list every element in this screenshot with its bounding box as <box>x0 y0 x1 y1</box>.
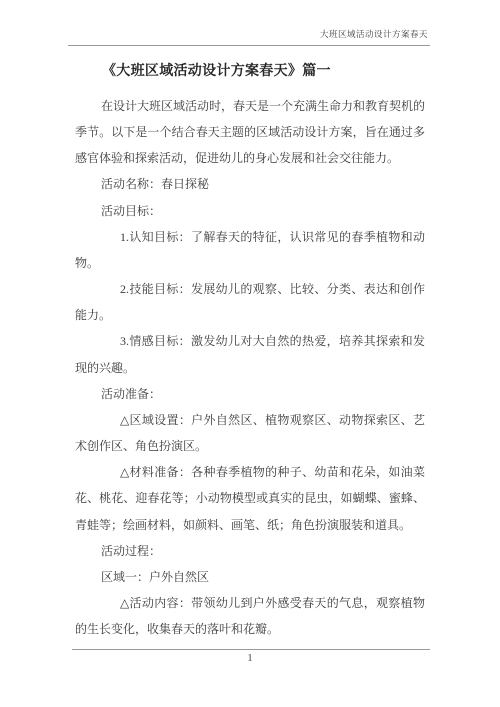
running-header-text: 大班区域活动设计方案春天 <box>320 29 428 39</box>
paragraph-list: 在设计大班区域活动时，春天是一个充满生命力和教育契机的季节。以下是一个结合春天主… <box>75 93 425 642</box>
paragraph: △区域设置：户外自然区、植物观察区、动物探索区、艺术创作区、角色扮演区。 <box>75 407 425 459</box>
header-divider <box>68 45 430 46</box>
document-body: 《大班区域活动设计方案春天》篇一 在设计大班区域活动时，春天是一个充满生命力和教… <box>75 58 425 642</box>
paragraph: 活动过程： <box>75 538 425 564</box>
page-footer: 1 <box>0 651 500 665</box>
paragraph: 活动准备： <box>75 381 425 407</box>
paragraph: 3.情感目标：激发幼儿对大自然的热爱，培养其探索和发现的兴趣。 <box>75 328 425 380</box>
page-number: 1 <box>247 652 253 664</box>
paragraph: 区域一：户外自然区 <box>75 564 425 590</box>
paragraph: △材料准备：各种春季植物的种子、幼苗和花朵，如油菜花、桃花、迎春花等；小动物模型… <box>75 459 425 537</box>
footer-divider <box>72 649 430 650</box>
running-header: 大班区域活动设计方案春天 <box>320 29 428 40</box>
paragraph: 1.认知目标：了解春天的特征，认识常见的春季植物和动物。 <box>75 224 425 276</box>
paragraph: 在设计大班区域活动时，春天是一个充满生命力和教育契机的季节。以下是一个结合春天主… <box>75 93 425 171</box>
paragraph: 2.技能目标：发展幼儿的观察、比较、分类、表达和创作能力。 <box>75 276 425 328</box>
paragraph: △活动内容：带领幼儿到户外感受春天的气息，观察植物的生长变化，收集春天的落叶和花… <box>75 590 425 642</box>
document-title: 《大班区域活动设计方案春天》篇一 <box>75 58 425 86</box>
paragraph: 活动目标： <box>75 198 425 224</box>
document-page: 大班区域活动设计方案春天 《大班区域活动设计方案春天》篇一 在设计大班区域活动时… <box>0 0 500 707</box>
paragraph: 活动名称：春日探秘 <box>75 171 425 197</box>
